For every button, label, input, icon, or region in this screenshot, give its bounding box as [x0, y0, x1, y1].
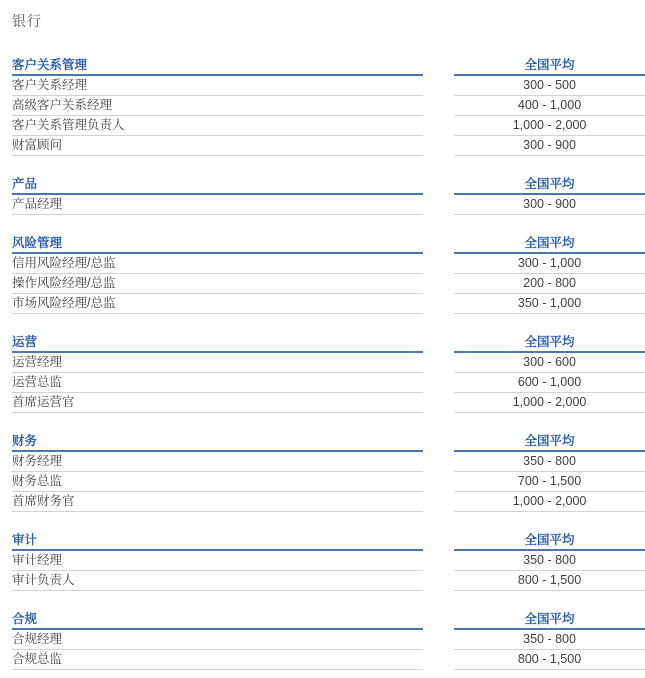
- job-title: 首席运营官: [12, 393, 423, 413]
- table-row: 高级客户关系经理 400 - 1,000: [12, 96, 645, 116]
- column-gap: [423, 472, 455, 492]
- column-gap: [423, 116, 455, 136]
- section-rows: 审计经理 350 - 800 审计负责人 800 - 1,500: [12, 551, 645, 591]
- section-header-row: 风险管理 全国平均: [12, 237, 645, 254]
- sections: 客户关系管理 全国平均 客户关系经理 300 - 500 高级客户关系经理 40…: [12, 59, 645, 670]
- salary-range: 200 - 800: [454, 274, 645, 294]
- job-title: 审计经理: [12, 551, 423, 571]
- table-row: 财务经理 350 - 800: [12, 452, 645, 472]
- column-header: 全国平均: [454, 534, 645, 551]
- salary-range: 300 - 1,000: [454, 254, 645, 274]
- column-gap: [423, 136, 455, 156]
- table-row: 运营经理 300 - 600: [12, 353, 645, 373]
- table-row: 合规经理 350 - 800: [12, 630, 645, 650]
- job-title: 产品经理: [12, 195, 423, 215]
- table-row: 合规总监 800 - 1,500: [12, 650, 645, 670]
- section-header-row: 合规 全国平均: [12, 613, 645, 630]
- table-row: 首席运营官 1,000 - 2,000: [12, 393, 645, 413]
- table-row: 产品经理 300 - 900: [12, 195, 645, 215]
- table-row: 客户关系经理 300 - 500: [12, 76, 645, 96]
- section-header-row: 产品 全国平均: [12, 178, 645, 195]
- job-title: 市场风险经理/总监: [12, 294, 423, 314]
- job-title: 合规总监: [12, 650, 423, 670]
- salary-range: 400 - 1,000: [454, 96, 645, 116]
- table-row: 信用风险经理/总监 300 - 1,000: [12, 254, 645, 274]
- salary-range: 300 - 900: [454, 136, 645, 156]
- salary-range: 350 - 800: [454, 630, 645, 650]
- table-row: 客户关系管理负责人 1,000 - 2,000: [12, 116, 645, 136]
- section-header-row: 运营 全国平均: [12, 336, 645, 353]
- column-gap: [423, 76, 455, 96]
- column-header: 全国平均: [454, 435, 645, 452]
- job-title: 财务经理: [12, 452, 423, 472]
- salary-range: 800 - 1,500: [454, 571, 645, 591]
- salary-range: 350 - 800: [454, 551, 645, 571]
- table-row: 审计负责人 800 - 1,500: [12, 571, 645, 591]
- section-title: 合规: [12, 613, 423, 630]
- table-row: 运营总监 600 - 1,000: [12, 373, 645, 393]
- section-title: 风险管理: [12, 237, 423, 254]
- section-header-row: 审计 全国平均: [12, 534, 645, 551]
- job-title: 客户关系管理负责人: [12, 116, 423, 136]
- column-gap: [423, 96, 455, 116]
- salary-section: 运营 全国平均 运营经理 300 - 600 运营总监 600 - 1,000 …: [12, 336, 645, 413]
- table-row: 首席财务官 1,000 - 2,000: [12, 492, 645, 512]
- page-title: 银行: [12, 11, 645, 31]
- job-title: 高级客户关系经理: [12, 96, 423, 116]
- job-title: 操作风险经理/总监: [12, 274, 423, 294]
- column-gap: [423, 195, 455, 215]
- section-title: 产品: [12, 178, 423, 195]
- section-title: 财务: [12, 435, 423, 452]
- table-row: 操作风险经理/总监 200 - 800: [12, 274, 645, 294]
- job-title: 信用风险经理/总监: [12, 254, 423, 274]
- table-row: 财富顾问 300 - 900: [12, 136, 645, 156]
- job-title: 首席财务官: [12, 492, 423, 512]
- salary-range: 1,000 - 2,000: [454, 116, 645, 136]
- column-gap: [423, 373, 455, 393]
- salary-range: 1,000 - 2,000: [454, 393, 645, 413]
- job-title: 财务总监: [12, 472, 423, 492]
- section-header-row: 客户关系管理 全国平均: [12, 59, 645, 76]
- section-title: 运营: [12, 336, 423, 353]
- column-header: 全国平均: [454, 237, 645, 254]
- section-title: 审计: [12, 534, 423, 551]
- salary-section: 客户关系管理 全国平均 客户关系经理 300 - 500 高级客户关系经理 40…: [12, 59, 645, 156]
- job-title: 财富顾问: [12, 136, 423, 156]
- column-gap: [423, 254, 455, 274]
- salary-range: 300 - 500: [454, 76, 645, 96]
- column-gap: [423, 353, 455, 373]
- salary-guide-page: 银行 客户关系管理 全国平均 客户关系经理 300 - 500 高级客户关系经理…: [0, 0, 645, 670]
- salary-range: 700 - 1,500: [454, 472, 645, 492]
- column-gap: [423, 492, 455, 512]
- section-rows: 客户关系经理 300 - 500 高级客户关系经理 400 - 1,000 客户…: [12, 76, 645, 156]
- column-gap: [423, 274, 455, 294]
- salary-section: 审计 全国平均 审计经理 350 - 800 审计负责人 800 - 1,500: [12, 534, 645, 591]
- salary-range: 300 - 600: [454, 353, 645, 373]
- salary-section: 风险管理 全国平均 信用风险经理/总监 300 - 1,000 操作风险经理/总…: [12, 237, 645, 314]
- column-gap: [423, 551, 455, 571]
- salary-range: 300 - 900: [454, 195, 645, 215]
- column-header: 全国平均: [454, 613, 645, 630]
- section-header-row: 财务 全国平均: [12, 435, 645, 452]
- salary-section: 产品 全国平均 产品经理 300 - 900: [12, 178, 645, 215]
- section-title: 客户关系管理: [12, 59, 423, 76]
- column-gap: [423, 452, 455, 472]
- table-row: 审计经理 350 - 800: [12, 551, 645, 571]
- salary-range: 800 - 1,500: [454, 650, 645, 670]
- section-rows: 运营经理 300 - 600 运营总监 600 - 1,000 首席运营官 1,…: [12, 353, 645, 413]
- salary-range: 350 - 800: [454, 452, 645, 472]
- job-title: 审计负责人: [12, 571, 423, 591]
- section-rows: 产品经理 300 - 900: [12, 195, 645, 215]
- job-title: 客户关系经理: [12, 76, 423, 96]
- salary-range: 350 - 1,000: [454, 294, 645, 314]
- section-rows: 合规经理 350 - 800 合规总监 800 - 1,500: [12, 630, 645, 670]
- column-gap: [423, 630, 455, 650]
- column-gap: [423, 571, 455, 591]
- table-row: 市场风险经理/总监 350 - 1,000: [12, 294, 645, 314]
- column-gap: [423, 650, 455, 670]
- column-gap: [423, 393, 455, 413]
- salary-range: 600 - 1,000: [454, 373, 645, 393]
- job-title: 合规经理: [12, 630, 423, 650]
- job-title: 运营经理: [12, 353, 423, 373]
- column-gap: [423, 294, 455, 314]
- column-header: 全国平均: [454, 59, 645, 76]
- column-header: 全国平均: [454, 336, 645, 353]
- section-rows: 财务经理 350 - 800 财务总监 700 - 1,500 首席财务官 1,…: [12, 452, 645, 512]
- job-title: 运营总监: [12, 373, 423, 393]
- salary-section: 财务 全国平均 财务经理 350 - 800 财务总监 700 - 1,500 …: [12, 435, 645, 512]
- column-header: 全国平均: [454, 178, 645, 195]
- salary-range: 1,000 - 2,000: [454, 492, 645, 512]
- salary-section: 合规 全国平均 合规经理 350 - 800 合规总监 800 - 1,500: [12, 613, 645, 670]
- table-row: 财务总监 700 - 1,500: [12, 472, 645, 492]
- section-rows: 信用风险经理/总监 300 - 1,000 操作风险经理/总监 200 - 80…: [12, 254, 645, 314]
